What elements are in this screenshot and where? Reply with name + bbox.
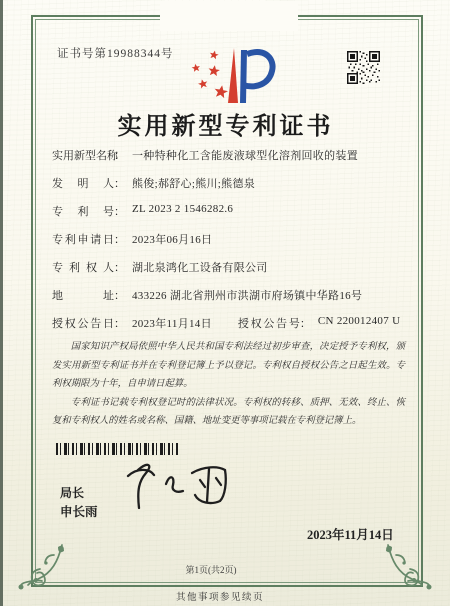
qr-code-icon bbox=[347, 51, 380, 84]
field-value: ZL 2023 2 1546282.6 bbox=[132, 203, 233, 215]
field-value: 湖北泉鸿化工设备有限公司 bbox=[132, 259, 268, 275]
field-value: 2023年06月16日 bbox=[132, 231, 212, 247]
field-value: CN 220012407 U bbox=[318, 315, 400, 327]
field-label: 专利权人 bbox=[52, 259, 114, 275]
legal-paragraph-2: 专利证书记载专利权登记时的法律状况。专利权的转移、质押、无效、终止、恢复和专利权… bbox=[52, 394, 405, 431]
field-value: 433226 湖北省荆州市洪湖市府场镇中华路16号 bbox=[132, 287, 362, 303]
field-label: 实用新型名称 bbox=[52, 147, 114, 163]
field-row-address: 地址：433226 湖北省荆州市洪湖市府场镇中华路16号 bbox=[52, 287, 408, 301]
field-row-grant: 授权公告日：2023年11月14日授权公告号：CN 220012407 U bbox=[52, 315, 408, 329]
field-row-filing-date: 专利申请日：2023年06月16日 bbox=[52, 231, 408, 245]
legal-body-text: 国家知识产权局依照中华人民共和国专利法经过初步审查，决定授予专利权，颁发实用新型… bbox=[52, 338, 405, 431]
corner-flourish-right-icon bbox=[384, 541, 436, 593]
field-label: 发明人 bbox=[52, 175, 114, 191]
field-value: 一种特种化工含能废液球型化溶剂回收的装置 bbox=[132, 147, 358, 163]
page-indicator: 第1页(共2页) bbox=[31, 563, 391, 576]
cnipa-logo-icon bbox=[184, 47, 276, 105]
footer-note: 其他事项参见续页 bbox=[176, 589, 264, 603]
field-label: 授权公告号 bbox=[238, 315, 300, 331]
field-label: 授权公告日 bbox=[52, 315, 114, 331]
field-value: 2023年11月14日 bbox=[132, 315, 212, 331]
field-row-inventors: 发明人：熊俊;郝舒心;熊川;熊德泉 bbox=[52, 175, 408, 189]
field-row-patent-number: 专利号：ZL 2023 2 1546282.6 bbox=[52, 203, 408, 217]
field-row-patentee: 专利权人：湖北泉鸿化工设备有限公司 bbox=[52, 259, 408, 273]
scan-edge-shadow bbox=[0, 0, 3, 606]
handwritten-signature bbox=[118, 458, 244, 514]
certificate-title: 实用新型专利证书 bbox=[31, 106, 420, 141]
barcode bbox=[56, 443, 178, 455]
signer-name: 申长雨 bbox=[60, 502, 98, 520]
signer-title: 局长 bbox=[60, 484, 84, 501]
legal-paragraph-1: 国家知识产权局依照中华人民共和国专利法经过初步审查，决定授予专利权，颁发实用新型… bbox=[52, 338, 405, 394]
issue-date: 2023年11月14日 bbox=[307, 525, 394, 543]
patent-certificate-page: 证书号第19988344号 bbox=[0, 0, 450, 606]
field-row-name: 实用新型名称：一种特种化工含能废液球型化溶剂回收的装置 bbox=[52, 147, 408, 161]
field-label: 专利申请日 bbox=[52, 231, 114, 247]
certificate-number: 证书号第19988344号 bbox=[57, 45, 174, 61]
field-label: 专利号 bbox=[52, 203, 114, 219]
border-ornament-top-icon bbox=[160, 1, 298, 31]
field-value: 熊俊;郝舒心;熊川;熊德泉 bbox=[132, 175, 255, 191]
field-list: 实用新型名称：一种特种化工含能废液球型化溶剂回收的装置 发明人：熊俊;郝舒心;熊… bbox=[52, 147, 408, 343]
field-label: 地址 bbox=[52, 287, 114, 303]
